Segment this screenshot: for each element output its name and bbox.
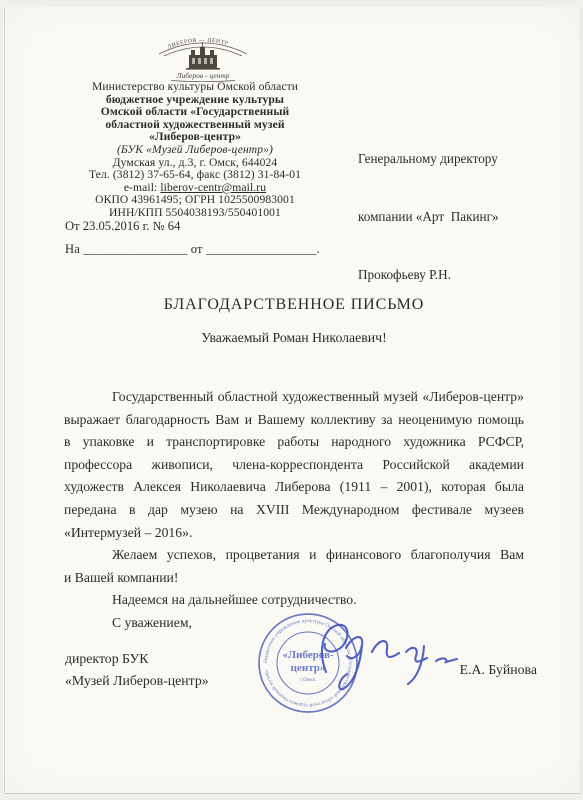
org-name-line: Омской области «Государственный: [40, 106, 350, 119]
ministry-line: Министерство культуры Омской области: [40, 81, 350, 94]
email-label: e-mail:: [124, 181, 161, 194]
outgoing-date-number: От 23.05.2016 г. № 64: [65, 219, 180, 234]
body-line: Государственный областной художественный…: [64, 386, 524, 409]
body-line: «Интермузей – 2016».: [64, 522, 524, 545]
signatory-name: Е.А. Буйнова: [460, 662, 537, 678]
body-line: профессора живописи, члена-корреспондент…: [64, 454, 524, 477]
recipient-block: Генеральному директору компании «Арт Пак…: [358, 110, 558, 304]
body-line: передана в дар музею на XVIII Международ…: [64, 499, 524, 522]
logo-script-text: Либеров - центр: [175, 71, 229, 80]
body-line: и Вашей компании!: [64, 567, 524, 590]
recipient-position: Генеральному директору: [358, 149, 558, 168]
body-line: в упаковке и транспортировке работы наро…: [64, 431, 524, 454]
body-line: выражает благодарность Вам и Вашему колл…: [64, 409, 524, 432]
letter-title: БЛАГОДАРСТВЕННОЕ ПИСЬМО: [64, 296, 524, 314]
org-short-name: (БУК «Музей Либеров-центр»): [40, 144, 350, 157]
inn-kpp: ИНН/КПП 5504038193/550401001: [40, 207, 350, 220]
letter-body: Государственный областной художественный…: [64, 386, 524, 635]
incoming-reference-blank: На ________________ от _________________…: [65, 242, 320, 257]
sender-letterhead: Министерство культуры Омской области бюд…: [40, 81, 350, 220]
body-line: художеств Алексея Николаевича Либерова (…: [64, 476, 524, 499]
recipient-name: Прокофьеву Р.Н.: [358, 265, 558, 284]
salutation: Уважаемый Роман Николаевич!: [64, 330, 524, 346]
signatory-org-line: «Музей Либеров-центр»: [65, 670, 209, 692]
signatory-position-line: директор БУК: [65, 648, 209, 670]
email-address: liberov-centr@mail.ru: [160, 181, 266, 194]
recipient-company: компании «Арт Пакинг»: [358, 207, 558, 226]
museum-building-icon: [186, 42, 220, 70]
handwritten-signature: [296, 608, 471, 712]
museum-logo: ЛИБЕРОВ — ЦЕНТР Либеров - центр: [147, 26, 259, 82]
signatory-position: директор БУК «Музей Либеров-центр»: [65, 648, 209, 691]
body-line: Желаем успехов, процветания и финансовог…: [64, 544, 524, 567]
